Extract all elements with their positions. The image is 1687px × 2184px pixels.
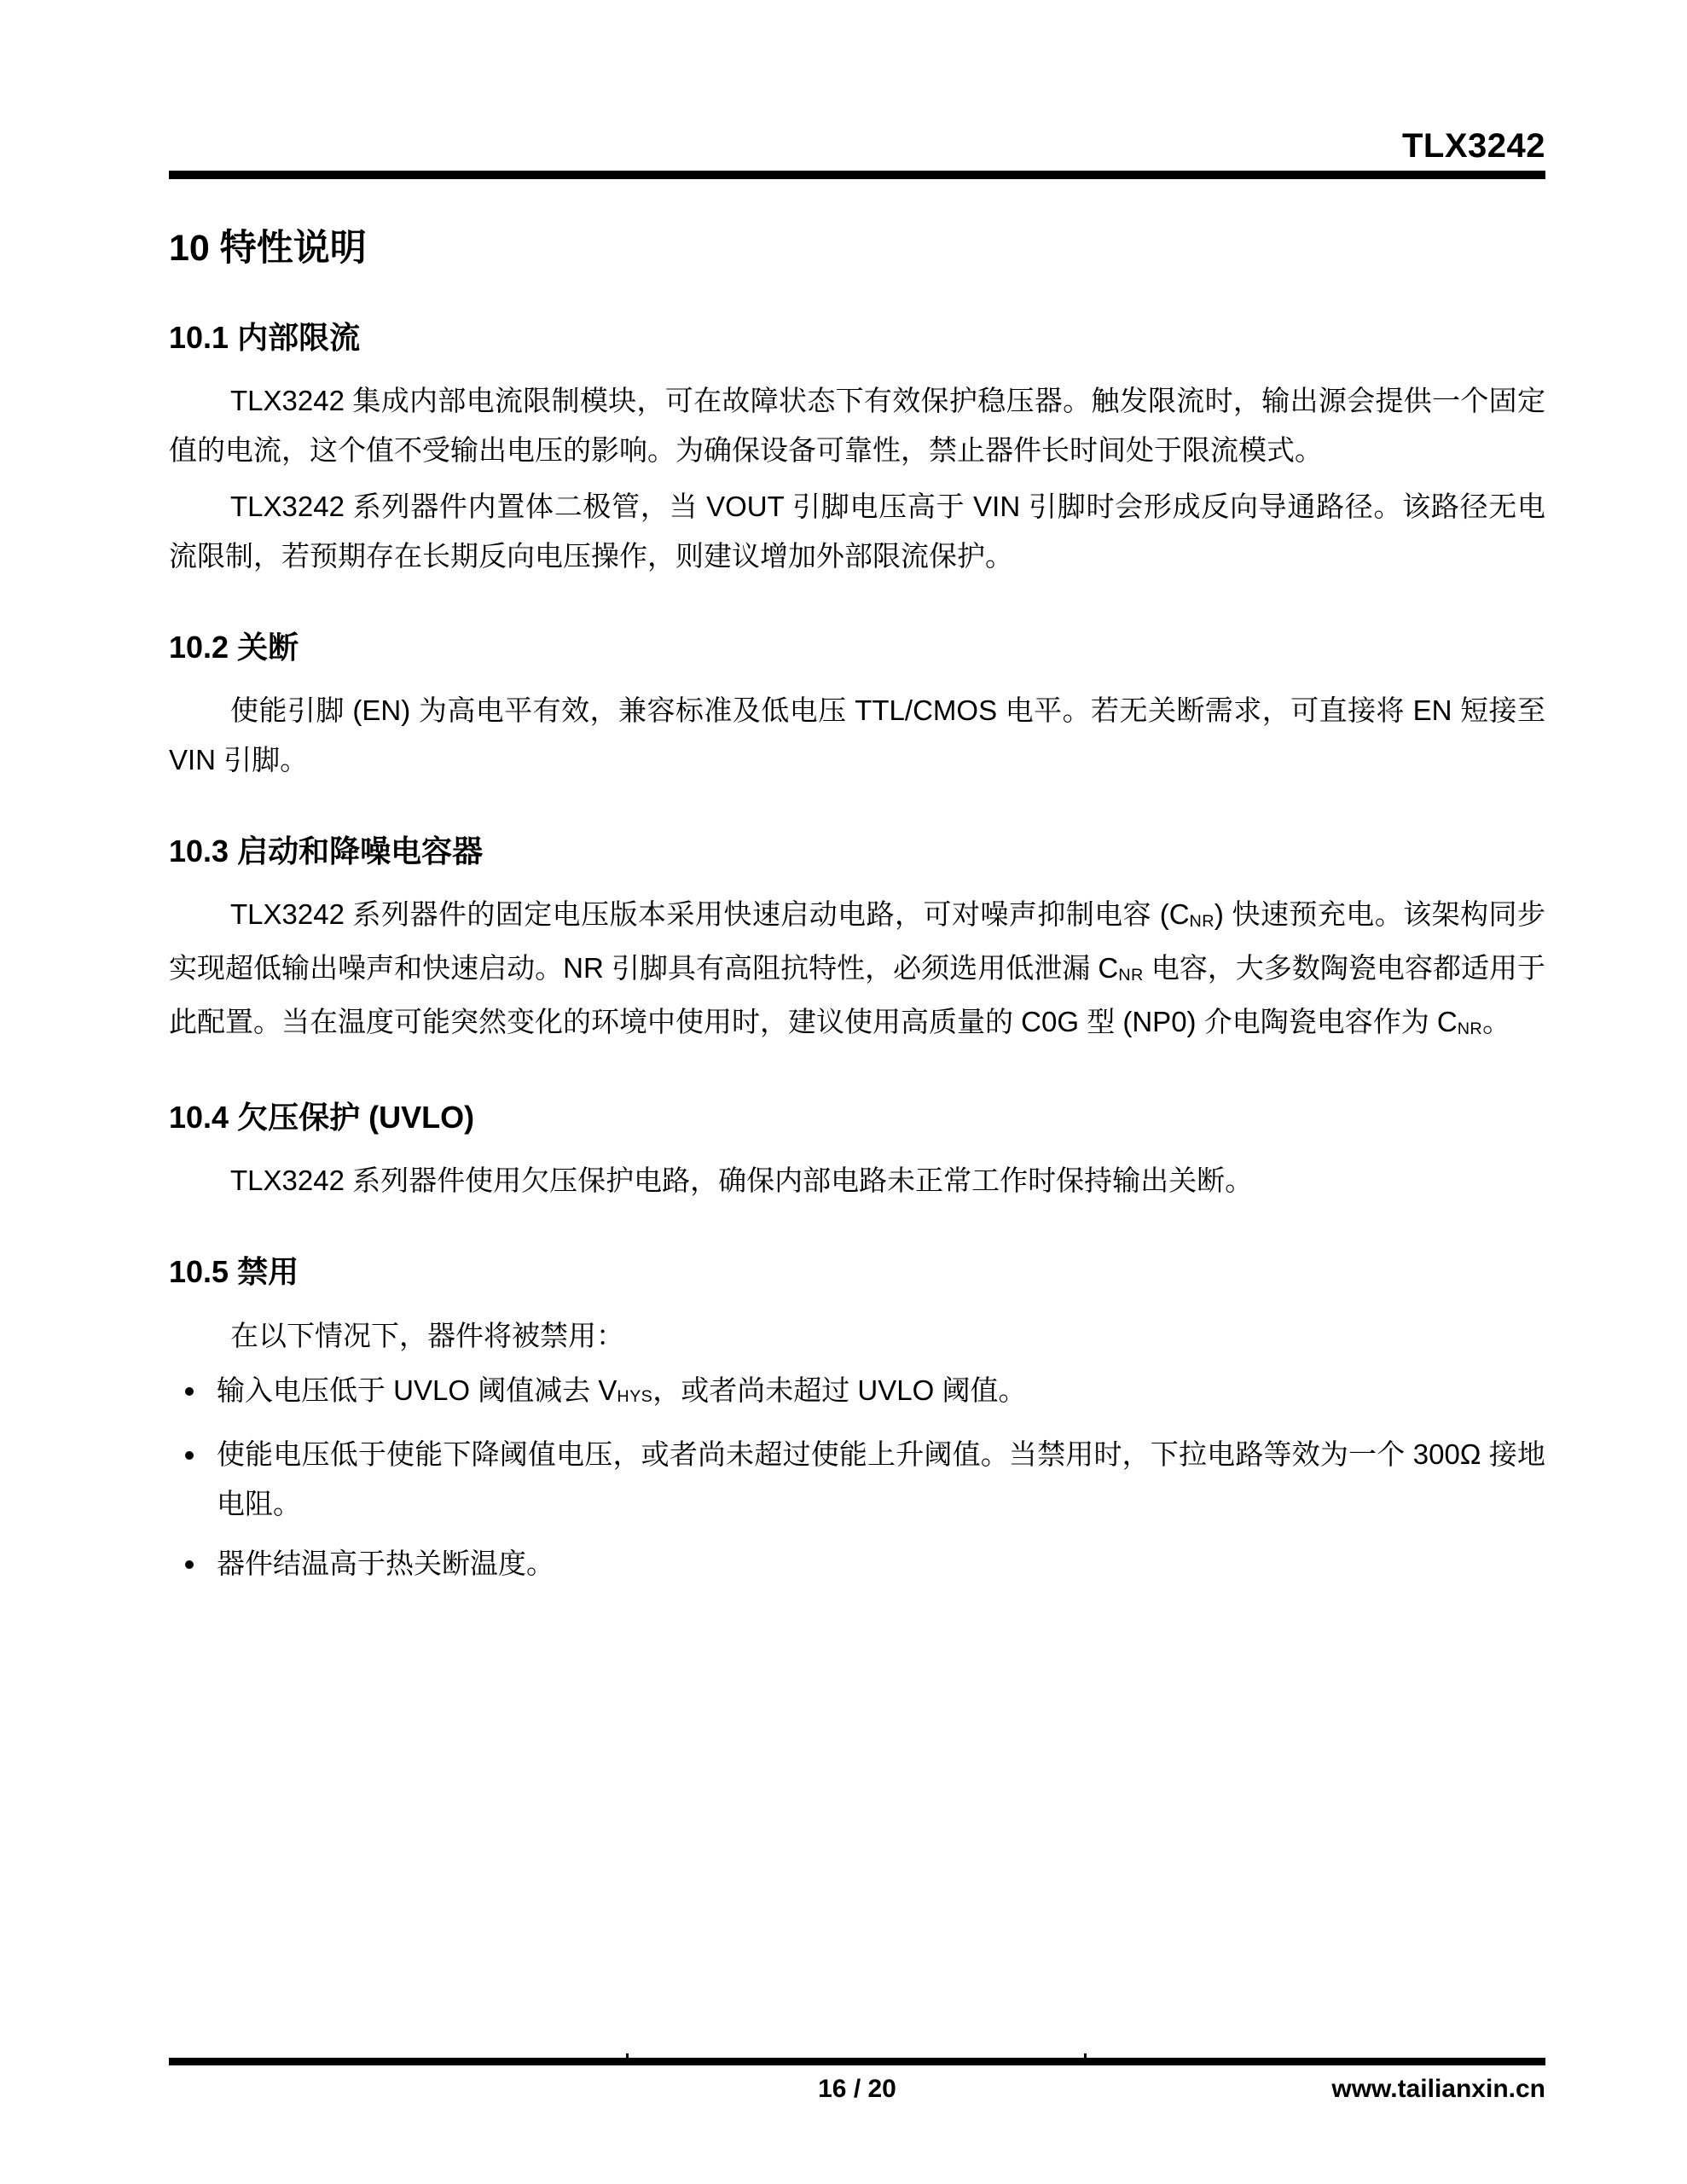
header-rule xyxy=(169,171,1545,179)
section-shutdown: 10.2 关断 使能引脚 (EN) 为高电平有效，兼容标准及低电压 TTL/CM… xyxy=(169,629,1545,785)
page-content: TLX3242 10 特性说明 10.1 内部限流 TLX3242 集成内部电流… xyxy=(0,0,1687,1589)
section-number: 10.5 xyxy=(169,1254,229,1289)
page-number: 16 / 20 xyxy=(169,2072,1545,2106)
section-title-text: 启动和降噪电容器 xyxy=(237,834,483,868)
section-title-text: 关断 xyxy=(237,630,299,665)
section-number: 10.1 xyxy=(169,320,229,355)
section-internal-current-limit: 10.1 内部限流 TLX3242 集成内部电流限制模块，可在故障状态下有效保护… xyxy=(169,319,1545,581)
chapter-title: 特性说明 xyxy=(220,228,367,269)
paragraph: TLX3242 集成内部电流限制模块，可在故障状态下有效保护稳压器。触发限流时，… xyxy=(169,376,1545,475)
footer-rule-tick xyxy=(626,2053,629,2058)
section-heading: 10.1 内部限流 xyxy=(169,319,1545,356)
page-footer: 16 / 20 www.tailianxin.cn xyxy=(169,2058,1545,2106)
section-title-text: 内部限流 xyxy=(237,320,360,355)
section-number: 10.2 xyxy=(169,630,229,665)
section-startup-noise-capacitor: 10.3 启动和降噪电容器 TLX3242 系列器件的固定电压版本采用快速启动电… xyxy=(169,833,1545,1051)
section-heading: 10.3 启动和降噪电容器 xyxy=(169,833,1545,869)
section-number: 10.4 xyxy=(169,1100,229,1135)
list-item: 使能电压低于使能下降阈值电压，或者尚未超过使能上升阈值。当禁用时，下拉电路等效为… xyxy=(208,1430,1545,1529)
section-number: 10.3 xyxy=(169,834,229,868)
footer-rule-tick xyxy=(1084,2053,1087,2058)
list-item: 器件结温高于热关断温度。 xyxy=(208,1539,1545,1589)
section-heading: 10.5 禁用 xyxy=(169,1253,1545,1290)
section-disable: 10.5 禁用 在以下情况下，器件将被禁用： 输入电压低于 UVLO 阈值减去 … xyxy=(169,1253,1545,1588)
chapter-number: 10 xyxy=(169,228,210,269)
footer-row: 16 / 20 www.tailianxin.cn xyxy=(169,2072,1545,2106)
section-title-text: 禁用 xyxy=(237,1254,299,1289)
chapter-heading: 10 特性说明 xyxy=(169,227,1545,271)
paragraph: 在以下情况下，器件将被禁用： xyxy=(169,1311,1545,1361)
list-item: 输入电压低于 UVLO 阈值减去 VHYS，或者尚未超过 UVLO 阈值。 xyxy=(208,1366,1545,1420)
product-title: TLX3242 xyxy=(1402,127,1545,165)
paragraph: 使能引脚 (EN) 为高电平有效，兼容标准及低电压 TTL/CMOS 电平。若无… xyxy=(169,686,1545,785)
section-uvlo: 10.4 欠压保护 (UVLO) TLX3242 系列器件使用欠压保护电路，确保… xyxy=(169,1099,1545,1205)
paragraph: TLX3242 系列器件内置体二极管，当 VOUT 引脚电压高于 VIN 引脚时… xyxy=(169,482,1545,581)
section-heading: 10.4 欠压保护 (UVLO) xyxy=(169,1099,1545,1136)
disable-conditions-list: 输入电压低于 UVLO 阈值减去 VHYS，或者尚未超过 UVLO 阈值。 使能… xyxy=(169,1366,1545,1589)
datasheet-page: TLX3242 10 特性说明 10.1 内部限流 TLX3242 集成内部电流… xyxy=(0,0,1687,2184)
doc-header: TLX3242 xyxy=(169,126,1545,166)
footer-rule xyxy=(169,2058,1545,2065)
paragraph: TLX3242 系列器件的固定电压版本采用快速启动电路，可对噪声抑制电容 (CN… xyxy=(169,890,1545,1051)
section-title-text: 欠压保护 (UVLO) xyxy=(237,1100,474,1135)
paragraph: TLX3242 系列器件使用欠压保护电路，确保内部电路未正常工作时保持输出关断。 xyxy=(169,1156,1545,1205)
section-heading: 10.2 关断 xyxy=(169,629,1545,665)
